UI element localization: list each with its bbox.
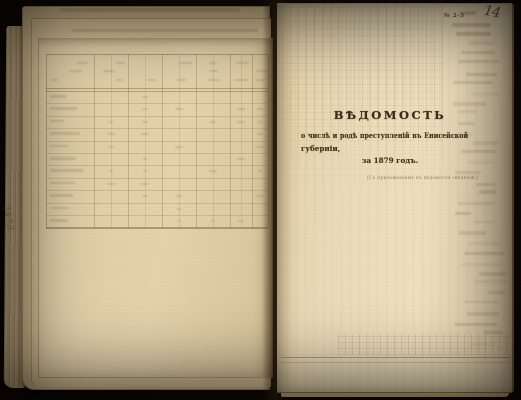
ghost-text-row: [471, 92, 499, 96]
ghost-header-text: [147, 79, 156, 81]
issue-number-stamp: № 2-3: [444, 13, 464, 19]
ghost-text-row: [458, 60, 499, 63]
handwritten-folio-number: 14: [483, 3, 501, 22]
ghost-row-label: [50, 194, 73, 197]
ghost-hline: [46, 116, 268, 117]
ghost-row-label: [50, 219, 68, 222]
document-title: ВѢДОМОСТЬ: [310, 108, 470, 122]
ghost-row-label: [50, 132, 80, 135]
ghost-row-label: [50, 157, 76, 160]
ghost-vline: [230, 54, 231, 228]
ghost-text-strip: [60, 8, 240, 12]
ghost-cell-value: [177, 220, 181, 222]
ghost-vline: [196, 54, 197, 228]
ghost-cell-value: [142, 96, 148, 98]
ghost-row-label: [50, 169, 83, 172]
ghost-header-text: [116, 62, 125, 64]
ghost-text-row: [474, 280, 507, 283]
ghost-hline: [46, 128, 268, 129]
ghost-rule-line: [281, 362, 510, 363]
ghost-cell-value: [237, 121, 244, 123]
ghost-vline: [252, 54, 253, 228]
ghost-text-row: [459, 231, 486, 234]
ghost-hline: [46, 141, 268, 142]
ghost-text-row: [469, 242, 502, 245]
ghost-text-row: [464, 301, 498, 304]
ghost-cell-value: [141, 133, 148, 135]
ghost-header-text: [209, 70, 218, 72]
ghost-cell-value: [109, 121, 114, 123]
ghost-cell-value: [141, 183, 150, 185]
ghost-row-label: [50, 182, 75, 185]
ghost-text-row: [454, 323, 497, 326]
year-line: за 1879 годъ.: [310, 156, 470, 165]
ghost-hline: [46, 88, 268, 89]
ghost-text-row: [455, 212, 471, 215]
ghost-text-row: [453, 81, 493, 84]
ghost-text-row: [458, 122, 474, 125]
ghost-cell-value: [107, 133, 115, 135]
ghost-cell-value: [107, 183, 116, 185]
ghost-hline: [46, 190, 268, 191]
ghost-vline: [162, 54, 163, 228]
ghost-text-row: [456, 32, 491, 36]
ghost-hline: [46, 165, 268, 166]
ghost-header-text: [69, 70, 83, 72]
subtitle-line-1: о числѣ и родѣ преступленій въ Енисейско…: [301, 131, 468, 140]
ghost-text-bleedthrough: [452, 10, 508, 356]
ghost-header-text: [177, 79, 186, 81]
ghost-hline: [46, 203, 268, 204]
ghost-text-row: [464, 252, 504, 255]
ghost-header-text: [179, 62, 193, 64]
ghost-text-row: [461, 150, 495, 153]
ghost-vline: [145, 54, 146, 228]
ghost-cell-value: [108, 146, 114, 148]
ghost-vline: [46, 54, 47, 228]
ghost-header-text: [208, 79, 220, 81]
ghost-cell-value: [143, 158, 147, 160]
ghost-text-row: [458, 202, 494, 206]
ghost-hline: [46, 103, 268, 104]
book-scan-photo: 2473 № 2-3 14 ВѢДОМОСТЬ о числѣ и родѣ п…: [0, 0, 521, 400]
ghost-cell-value: [142, 121, 149, 123]
ghost-cell-value: [210, 121, 216, 123]
ghost-rule-line: [281, 357, 510, 358]
print-footnote: (Съ приложеніемъ къ вѣдомости свѣдѣній.): [367, 176, 478, 181]
ghost-text-row: [473, 141, 498, 144]
ghost-vline: [111, 54, 112, 228]
ghost-hline: [46, 227, 268, 229]
ghost-hline: [46, 153, 268, 154]
ghost-header-text: [236, 62, 249, 64]
ghost-cell-value: [142, 195, 147, 197]
ghost-text-row: [488, 291, 505, 294]
ghost-row-label: [50, 145, 68, 148]
ghost-cell-value: [177, 208, 181, 210]
ghost-hline: [46, 178, 268, 179]
ghost-hline: [46, 54, 268, 55]
ghost-text-row: [452, 23, 491, 27]
ghost-cell-value: [175, 146, 184, 148]
ghost-text-row: [479, 272, 506, 275]
ghost-header-text: [77, 62, 88, 64]
ghost-grid-bleedthrough: [338, 334, 510, 355]
ghost-text-row: [455, 171, 481, 174]
ghost-text-row: [467, 312, 499, 316]
ghost-cell-value: [211, 220, 216, 222]
ghost-row-label: [50, 95, 66, 98]
ghost-text-row: [469, 41, 494, 45]
ghost-row-label: [50, 120, 64, 123]
ghost-row-label: [50, 107, 77, 110]
subtitle-line-2: губерніи,: [301, 144, 340, 153]
ghost-text-row: [461, 263, 502, 266]
ghost-row-label: [50, 207, 69, 210]
ghost-vline: [94, 54, 95, 228]
ghost-hline: [46, 215, 268, 216]
ghost-text-row: [476, 183, 495, 186]
ghost-header-text: [234, 79, 248, 81]
ghost-hline: [46, 91, 268, 92]
ghost-text-row: [466, 73, 497, 77]
ghost-cell-value: [176, 195, 182, 197]
faint-table-bleedthrough: [46, 54, 268, 228]
ghost-text-row: [453, 102, 487, 105]
ghost-text-row: [474, 221, 494, 224]
ghost-header-text: [51, 79, 59, 81]
ghost-text-strip: [72, 29, 258, 32]
ghost-vline: [128, 54, 129, 228]
ghost-cell-value: [238, 220, 243, 222]
ghost-text-row: [468, 161, 493, 165]
ghost-text-row: [461, 51, 495, 54]
ghost-column-bleedthrough: [282, 5, 444, 197]
ghost-header-text: [209, 62, 218, 64]
ghost-cell-value: [237, 158, 245, 160]
ghost-header-text: [116, 79, 123, 81]
ghost-text-row: [479, 190, 497, 194]
ghost-header-text: [103, 70, 116, 72]
